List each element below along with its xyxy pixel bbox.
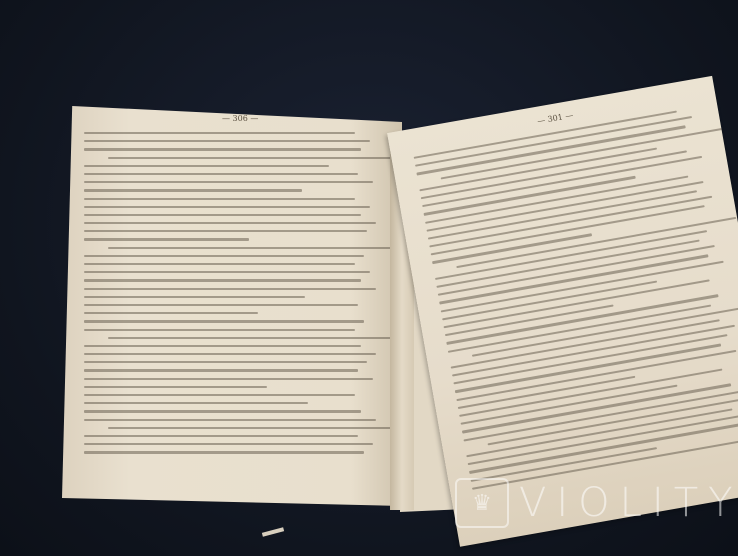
watermark: ♛ VIOLITY — [455, 478, 738, 528]
text-line — [108, 247, 397, 249]
text-line — [84, 279, 361, 281]
text-line — [84, 378, 373, 380]
text-line — [84, 304, 358, 306]
text-line — [84, 255, 364, 257]
text-line — [84, 288, 376, 290]
text-line — [108, 157, 400, 159]
text-line — [84, 206, 370, 208]
text-line — [84, 329, 355, 331]
text-line — [84, 263, 355, 265]
text-line — [84, 230, 367, 232]
text-line — [84, 451, 364, 453]
text-line — [84, 173, 358, 175]
text-line — [84, 214, 361, 216]
watermark-text: VIOLITY — [519, 480, 738, 526]
text-line — [108, 427, 391, 429]
text-line — [84, 361, 367, 363]
text-line — [84, 165, 329, 167]
text-line — [84, 312, 258, 314]
left-book-page: — 306 — — [62, 106, 402, 506]
text-line — [84, 402, 308, 404]
loose-page-text — [414, 107, 738, 496]
text-line — [470, 447, 656, 482]
text-line — [84, 198, 355, 200]
text-line — [84, 435, 358, 437]
loose-page-number: — 301 — — [537, 111, 574, 126]
text-line — [84, 353, 376, 355]
left-page-number: — 306 — — [222, 114, 258, 123]
text-line — [84, 386, 267, 388]
text-line — [84, 345, 361, 347]
text-line — [84, 132, 355, 134]
text-line — [84, 140, 370, 142]
text-line — [84, 222, 376, 224]
text-line — [84, 320, 364, 322]
crown-icon: ♛ — [455, 478, 509, 528]
text-line — [84, 443, 373, 445]
left-page-text — [84, 132, 379, 460]
text-line — [84, 394, 355, 396]
text-line — [84, 271, 370, 273]
text-line — [84, 148, 361, 150]
text-line — [461, 385, 678, 425]
text-line — [84, 296, 305, 298]
text-line — [84, 238, 249, 240]
text-line — [84, 369, 358, 371]
text-line — [458, 376, 635, 409]
text-line — [84, 410, 361, 412]
text-line — [84, 181, 373, 183]
text-line — [84, 419, 376, 421]
text-line — [108, 337, 394, 339]
text-line — [84, 189, 302, 191]
